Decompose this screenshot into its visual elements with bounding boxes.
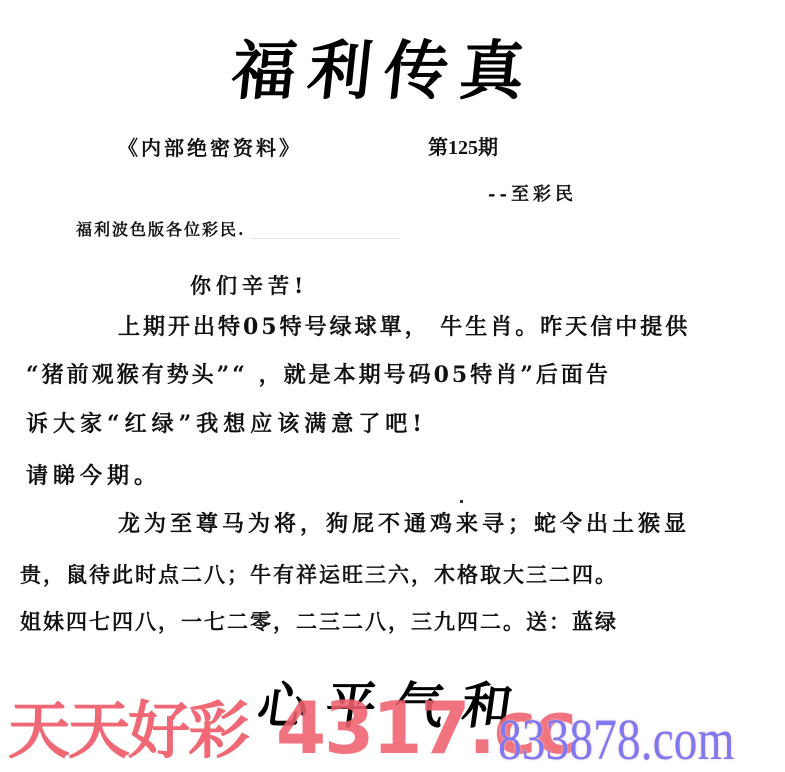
body-line-2: “猪前观猴有势头”“ ，就是本期号码05特肖”后面告: [26, 358, 611, 392]
issue-number: 第125期: [428, 134, 498, 162]
body-line-6: 贵，鼠待此时点二八；牛有祥运旺三六，木格取大三二四。: [20, 558, 618, 592]
body-line-4: 请睇今期。: [26, 459, 161, 493]
body-line-7: 姐妹四七四八，一七二零，二三二八，三九四二。送：蓝绿: [20, 605, 618, 639]
sender-line: --至彩民: [488, 182, 577, 208]
faint-divider: [250, 238, 400, 239]
watermark-site-name: 天天好彩: [8, 696, 248, 766]
salutation: 福利波色版各位彩民.: [76, 218, 246, 242]
body-line-3: 诉大家“红绿”我想应该满意了吧!: [26, 407, 427, 441]
document-subtitle: 《内部绝密资料》: [118, 134, 302, 162]
body-line-5: 龙为至尊马为将，狗屁不通鸡来寻；蛇令出土猴显: [118, 507, 690, 541]
body-line-1: 上期开出特05特号绿球單， 牛生肖。昨天信中提供: [118, 310, 690, 344]
scan-speck: [460, 500, 463, 503]
document-title: 福利传真: [228, 36, 540, 108]
watermark-second-domain: 833878.com: [498, 710, 734, 770]
greeting: 你们辛苦!: [190, 270, 308, 302]
